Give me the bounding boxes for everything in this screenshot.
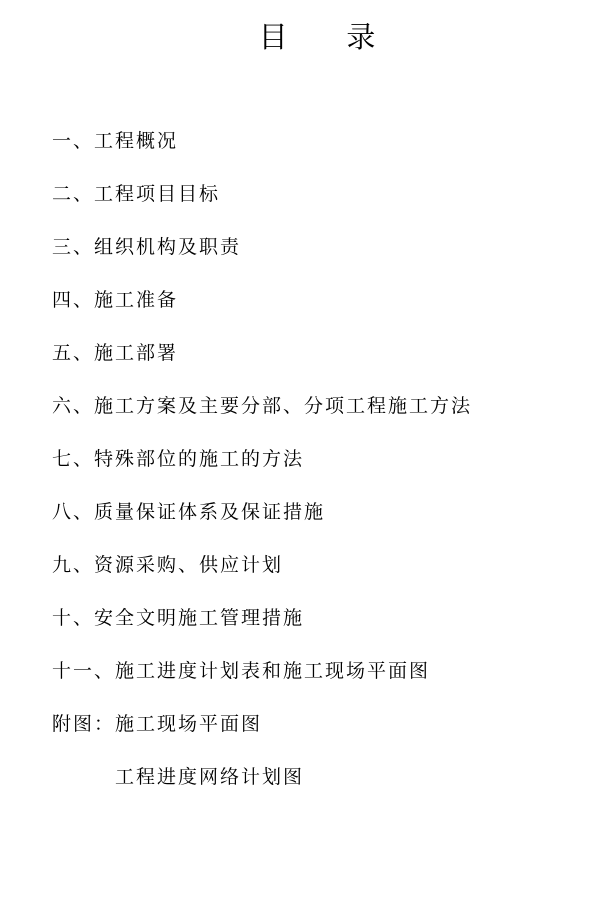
toc-item: 四、施工准备 (52, 290, 595, 311)
toc-item: 工程进度网络计划图 (52, 767, 595, 788)
toc-item: 九、资源采购、供应计划 (52, 555, 595, 576)
document-page: 目 录 一、工程概况二、工程项目目标三、组织机构及职责四、施工准备五、施工部署六… (0, 0, 615, 913)
toc-item: 六、施工方案及主要分部、分项工程施工方法 (52, 396, 595, 417)
toc-item: 附图：施工现场平面图 (52, 714, 595, 735)
toc-item: 五、施工部署 (52, 343, 595, 364)
toc-item: 二、工程项目目标 (52, 184, 595, 205)
toc-list: 一、工程概况二、工程项目目标三、组织机构及职责四、施工准备五、施工部署六、施工方… (52, 131, 595, 820)
toc-item: 八、质量保证体系及保证措施 (52, 502, 595, 523)
toc-item: 三、组织机构及职责 (52, 237, 595, 258)
toc-item: 七、特殊部位的施工的方法 (52, 449, 595, 470)
toc-item: 十一、施工进度计划表和施工现场平面图 (52, 661, 595, 682)
page-title: 目 录 (0, 21, 615, 55)
toc-item: 一、工程概况 (52, 131, 595, 152)
toc-item: 十、安全文明施工管理措施 (52, 608, 595, 629)
